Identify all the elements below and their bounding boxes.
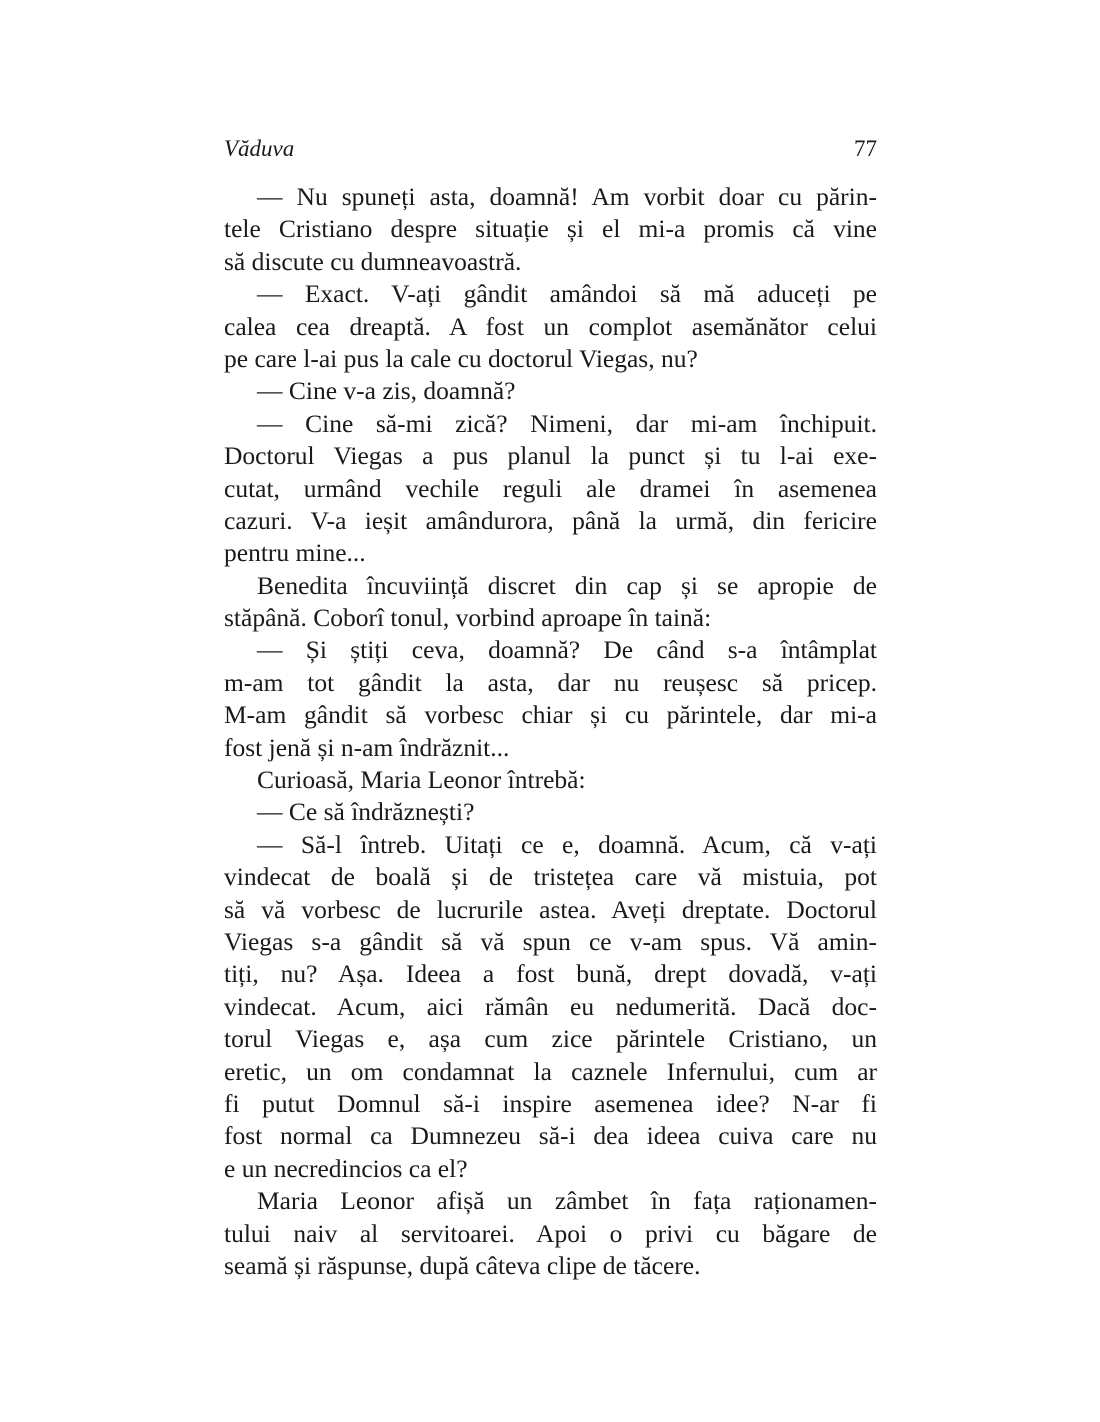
- paragraph: — Să-l întreb. Uitați ce e, doamnă. Acum…: [224, 829, 877, 1185]
- text-line: Doctorul Viegas a pus planul la punct și…: [224, 440, 877, 472]
- text-line: tele Cristiano despre situație și el mi-…: [224, 213, 877, 245]
- paragraph: — Și știți ceva, doamnă? De când s-a înt…: [224, 634, 877, 764]
- text-line: — Cine v-a zis, doamnă?: [224, 375, 877, 407]
- text-line: Maria Leonor afișă un zâmbet în fața raț…: [224, 1185, 877, 1217]
- text-line: e un necredincios ca el?: [224, 1153, 877, 1185]
- text-line: cutat, urmând vechile reguli ale dramei …: [224, 473, 877, 505]
- text-line: calea cea dreaptă. A fost un complot ase…: [224, 311, 877, 343]
- running-title: Văduva: [224, 134, 294, 164]
- text-line: fost normal ca Dumnezeu să-i dea ideea c…: [224, 1120, 877, 1152]
- text-line: — Să-l întreb. Uitați ce e, doamnă. Acum…: [224, 829, 877, 861]
- text-line: Curioasă, Maria Leonor întrebă:: [224, 764, 877, 796]
- paragraph: — Nu spuneți asta, doamnă! Am vorbit doa…: [224, 181, 877, 278]
- paragraph: Benedita încuviință discret din cap și s…: [224, 570, 877, 635]
- text-line: — Nu spuneți asta, doamnă! Am vorbit doa…: [224, 181, 877, 213]
- text-line: vindecat de boală și de tristețea care v…: [224, 861, 877, 893]
- paragraph: — Cine v-a zis, doamnă?: [224, 375, 877, 407]
- text-line: eretic, un om condamnat la caznele Infer…: [224, 1056, 877, 1088]
- text-line: să vă vorbesc de lucrurile astea. Aveți …: [224, 894, 877, 926]
- paragraph: — Ce să îndrăznești?: [224, 796, 877, 828]
- text-line: M-am gândit să vorbesc chiar și cu părin…: [224, 699, 877, 731]
- text-line: stăpână. Coborî tonul, vorbind aproape î…: [224, 602, 877, 634]
- paragraph: — Cine să-mi zică? Nimeni, dar mi-am înc…: [224, 408, 877, 570]
- paragraph: Curioasă, Maria Leonor întrebă:: [224, 764, 877, 796]
- text-line: fost jenă și n-am îndrăznit...: [224, 732, 877, 764]
- running-head: Văduva 77: [224, 134, 877, 164]
- paragraph: — Exact. V-ați gândit amândoi să mă aduc…: [224, 278, 877, 375]
- text-line: fi putut Domnul să-i inspire asemenea id…: [224, 1088, 877, 1120]
- body-text: — Nu spuneți asta, doamnă! Am vorbit doa…: [224, 181, 877, 1282]
- text-line: — Și știți ceva, doamnă? De când s-a înt…: [224, 634, 877, 666]
- text-line: seamă și răspunse, după câteva clipe de …: [224, 1250, 877, 1282]
- text-line: torul Viegas e, așa cum zice părintele C…: [224, 1023, 877, 1055]
- text-line: m-am tot gândit la asta, dar nu reușesc …: [224, 667, 877, 699]
- text-line: vindecat. Acum, aici rămân eu nedumerită…: [224, 991, 877, 1023]
- text-line: pentru mine...: [224, 537, 877, 569]
- text-line: Benedita încuviință discret din cap și s…: [224, 570, 877, 602]
- text-line: — Exact. V-ați gândit amândoi să mă aduc…: [224, 278, 877, 310]
- text-line: Viegas s-a gândit să vă spun ce v-am spu…: [224, 926, 877, 958]
- text-line: tiți, nu? Așa. Ideea a fost bună, drept …: [224, 958, 877, 990]
- paragraph: Maria Leonor afișă un zâmbet în fața raț…: [224, 1185, 877, 1282]
- text-line: cazuri. V-a ieșit amândurora, până la ur…: [224, 505, 877, 537]
- text-line: — Cine să-mi zică? Nimeni, dar mi-am înc…: [224, 408, 877, 440]
- text-line: tului naiv al servitoarei. Apoi o privi …: [224, 1218, 877, 1250]
- text-line: să discute cu dumneavoastră.: [224, 246, 877, 278]
- text-line: pe care l-ai pus la cale cu doctorul Vie…: [224, 343, 877, 375]
- text-line: — Ce să îndrăznești?: [224, 796, 877, 828]
- page-number: 77: [854, 134, 877, 164]
